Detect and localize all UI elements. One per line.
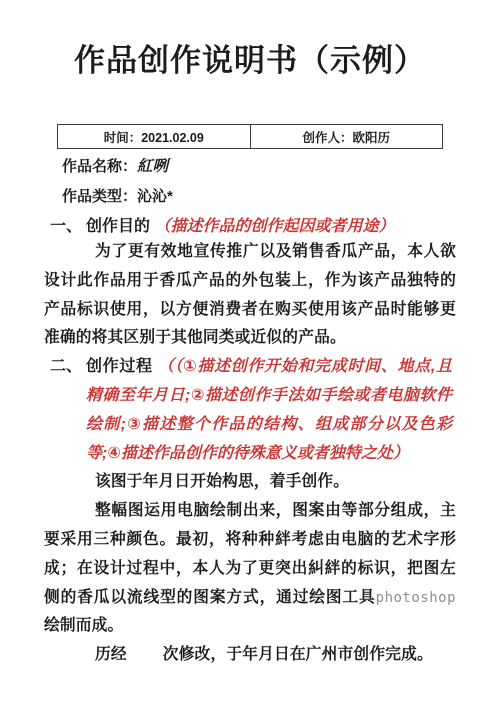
- section-purpose-heading: 创作目的: [86, 218, 150, 235]
- work-name-value: 紅咧: [137, 158, 168, 175]
- finish-text-prefix: 历经: [95, 646, 127, 663]
- purpose-paragraph: 为了更有效地宣传推广以及销售香瓜产品，本人欲设计此作品用于香瓜产品的外包装上，作…: [44, 238, 456, 353]
- work-name-line: 作品名称：紅咧: [62, 157, 456, 177]
- document-page: 作品创作说明书（示例） 时间：2021.02.09 创作人：欧阳历 作品名称：紅…: [0, 0, 500, 707]
- section-process-number: 二、: [50, 353, 86, 382]
- process-paragraph: 整幅图运用电脑绘制出来，图案由等部分组成，主要采用三种颜色。最初，将种种絆考虑由…: [44, 497, 456, 641]
- work-type-line: 作品类型：沁沁*: [62, 187, 456, 207]
- time-value: 2021.02.09: [141, 131, 204, 145]
- concept-paragraph: 该图于年月日开始构思，着手创作。: [44, 468, 456, 497]
- section-purpose-number: 一、: [50, 216, 86, 238]
- section-purpose-heading-row: 一、 创作目的 （描述作品的创作起因或者用途）: [50, 216, 460, 238]
- finish-paragraph: 历经次修改，于年月日在广州市创作完成。: [44, 641, 456, 670]
- meta-time-cell: 时间：2021.02.09: [58, 125, 251, 149]
- work-type-label: 作品类型：: [62, 188, 137, 205]
- creator-value: 欧阳历: [353, 131, 391, 145]
- time-label: 时间：: [104, 131, 142, 145]
- work-name-label: 作品名称：: [62, 158, 137, 175]
- meta-table-row: 时间：2021.02.09 创作人：欧阳历: [58, 125, 443, 149]
- photoshop-tool-text: photoshop: [376, 590, 456, 606]
- creator-label: 创作人：: [302, 131, 352, 145]
- meta-table: 时间：2021.02.09 创作人：欧阳历: [57, 124, 443, 149]
- section-purpose-content: 创作目的 （描述作品的创作起因或者用途）: [86, 216, 460, 238]
- finish-text-suffix: 次修改，于年月日在广州市创作完成。: [163, 646, 433, 663]
- section-process-content: 创作过程 （（①描述创作开始和完成时间、地点,且精确至年月日;②描述创作手法如手…: [86, 353, 452, 468]
- meta-creator-cell: 创作人：欧阳历: [250, 125, 443, 149]
- process-text-after: 绘制而成。: [44, 617, 123, 634]
- section-purpose-annotation: （描述作品的创作起因或者用途）: [154, 218, 394, 235]
- section-process-heading: 创作过程: [86, 358, 153, 375]
- section-process-heading-row: 二、 创作过程 （（①描述创作开始和完成时间、地点,且精确至年月日;②描述创作手…: [50, 353, 452, 468]
- page-title: 作品创作说明书（示例）: [0, 0, 500, 80]
- work-type-value: 沁沁*: [137, 188, 173, 205]
